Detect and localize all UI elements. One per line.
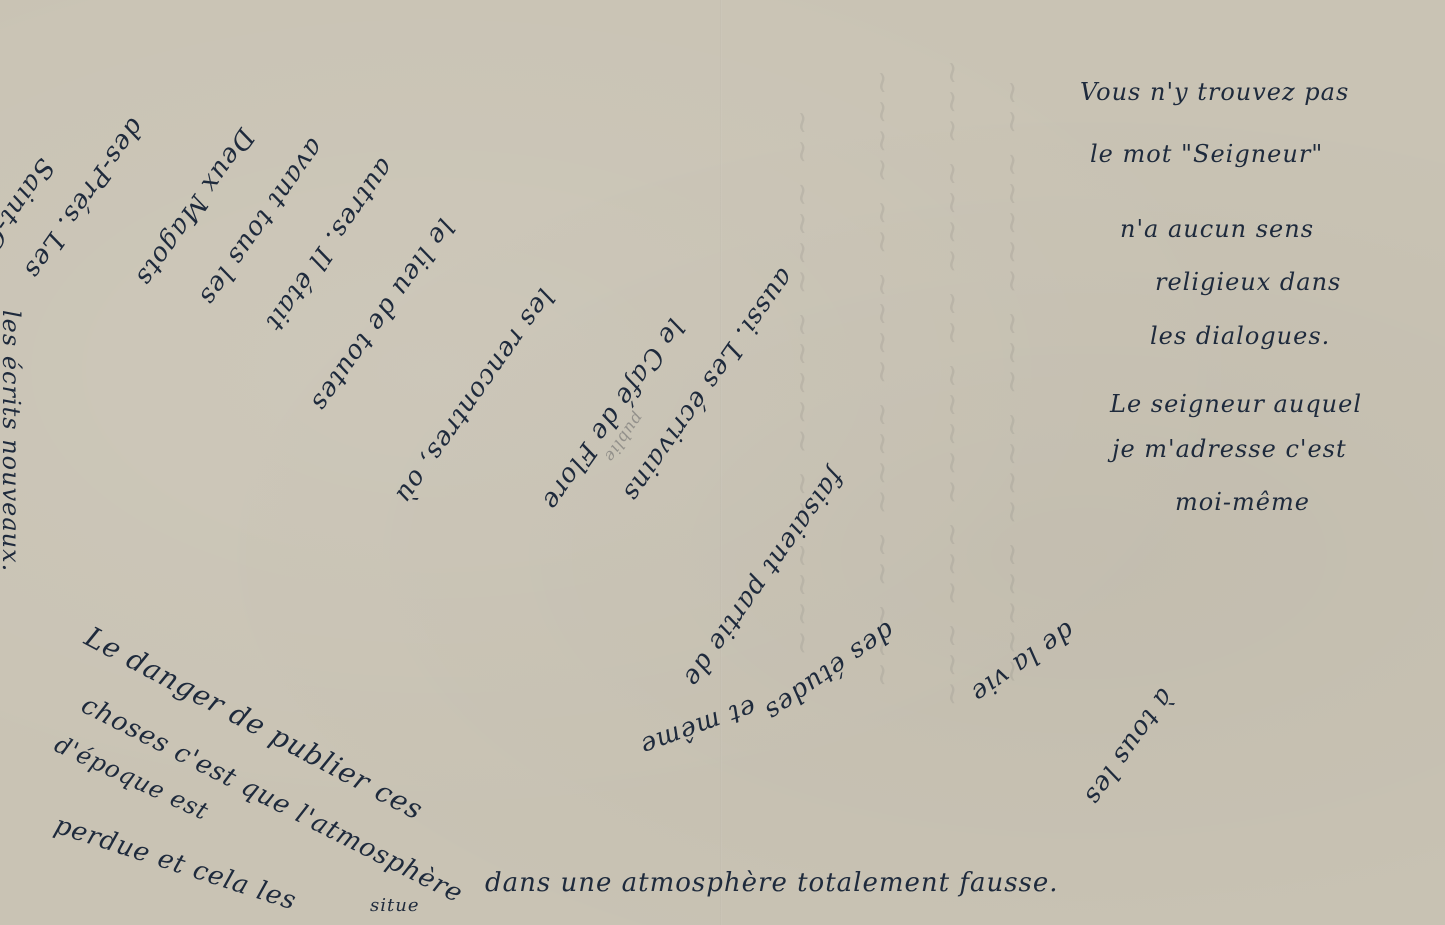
bleed-through-text: ~~~~ ~~ ~~~~ ~~~~ ~~ ~~~ [865,70,900,691]
bleed-through-text: ~~ ~~~~~ ~~~ ~~~~ ~~~~~ [995,80,1030,688]
right-line-1: Vous n'y trouvez pas [1080,78,1349,106]
right-line-7: je m'adresse c'est [1112,435,1347,463]
right-line-2: le mot "Seigneur" [1090,140,1323,168]
right-line-4: religieux dans [1155,268,1341,296]
bleed-through-text: ~~ ~~~~ ~~~~~ ~~ ~~~~ [785,110,820,659]
bleed-through-text: ~~~ ~~~~ ~~ ~~~~~ ~~~ ~~~ [935,60,970,710]
right-line-3: n'a aucun sens [1120,215,1314,243]
right-line-5: les dialogues. [1150,322,1330,350]
bottom-line: dans une atmosphère totalement fausse. [485,868,1059,898]
bottom-left-line-5: situe [370,895,419,916]
right-line-8: moi-même [1175,488,1310,516]
left-vertical-text: les écrits nouveaux. [0,310,25,572]
right-line-6: Le seigneur auquel [1110,390,1362,418]
page-fold [720,0,722,925]
